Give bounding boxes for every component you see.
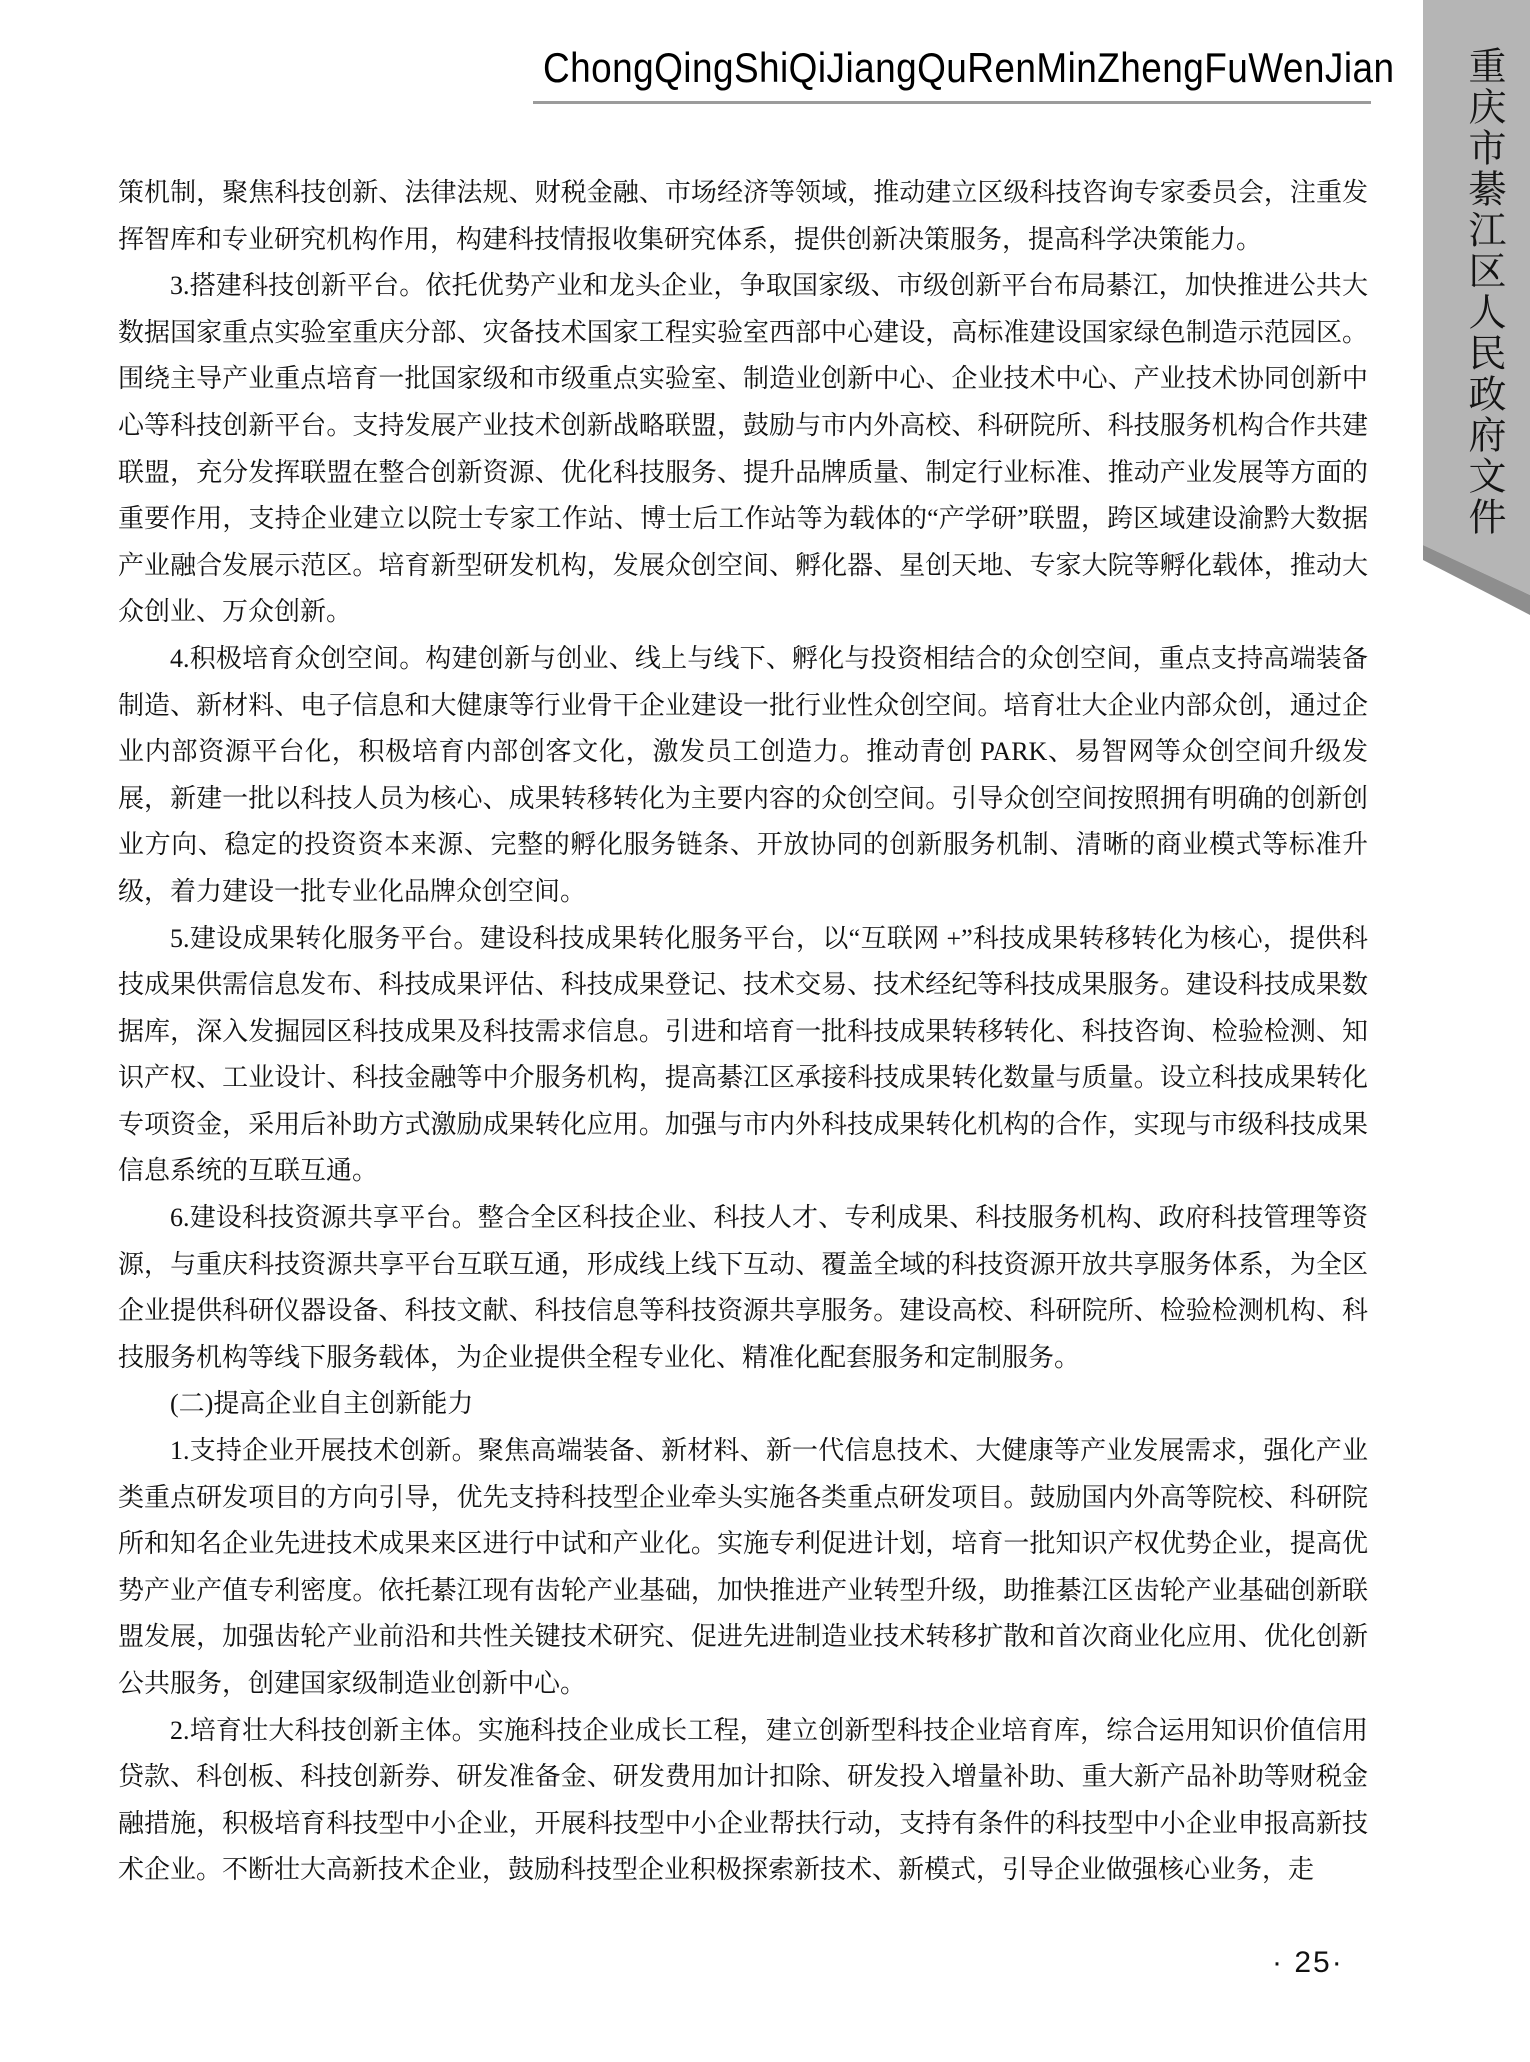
paragraph: 策机制，聚焦科技创新、法律法规、财税金融、市场经济等领域，推动建立区级科技咨询专… bbox=[118, 170, 1368, 263]
document-body: 策机制，聚焦科技创新、法律法规、财税金融、市场经济等领域，推动建立区级科技咨询专… bbox=[118, 170, 1368, 1894]
header-divider bbox=[533, 101, 1371, 104]
paragraph: 3.搭建科技创新平台。依托优势产业和龙头企业，争取国家级、市级创新平台布局綦江，… bbox=[118, 263, 1368, 636]
paragraph: 5.建设成果转化服务平台。建设科技成果转化服务平台，以“互联网 +”科技成果转移… bbox=[118, 916, 1368, 1196]
paragraph: 4.积极培育众创空间。构建创新与创业、线上与线下、孵化与投资相结合的众创空间，重… bbox=[118, 636, 1368, 916]
document-page: ChongQingShiQiJiangQuRenMinZhengFuWenJia… bbox=[0, 0, 1530, 2062]
paragraph: 1.支持企业开展技术创新。聚焦高端装备、新材料、新一代信息技术、大健康等产业发展… bbox=[118, 1428, 1368, 1708]
paragraph: 2.培育壮大科技创新主体。实施科技企业成长工程，建立创新型科技企业培育库，综合运… bbox=[118, 1708, 1368, 1894]
paragraph: 6.建设科技资源共享平台。整合全区科技企业、科技人才、专利成果、科技服务机构、政… bbox=[118, 1195, 1368, 1381]
section-heading: (二)提高企业自主创新能力 bbox=[118, 1381, 1368, 1428]
sidebar-vertical-title: 重庆市綦江区人民政府文件 bbox=[1456, 46, 1511, 586]
page-header-romanized-title: ChongQingShiQiJiangQuRenMinZhengFuWenJia… bbox=[543, 44, 1394, 92]
page-number: · 25· bbox=[1272, 1946, 1344, 1980]
